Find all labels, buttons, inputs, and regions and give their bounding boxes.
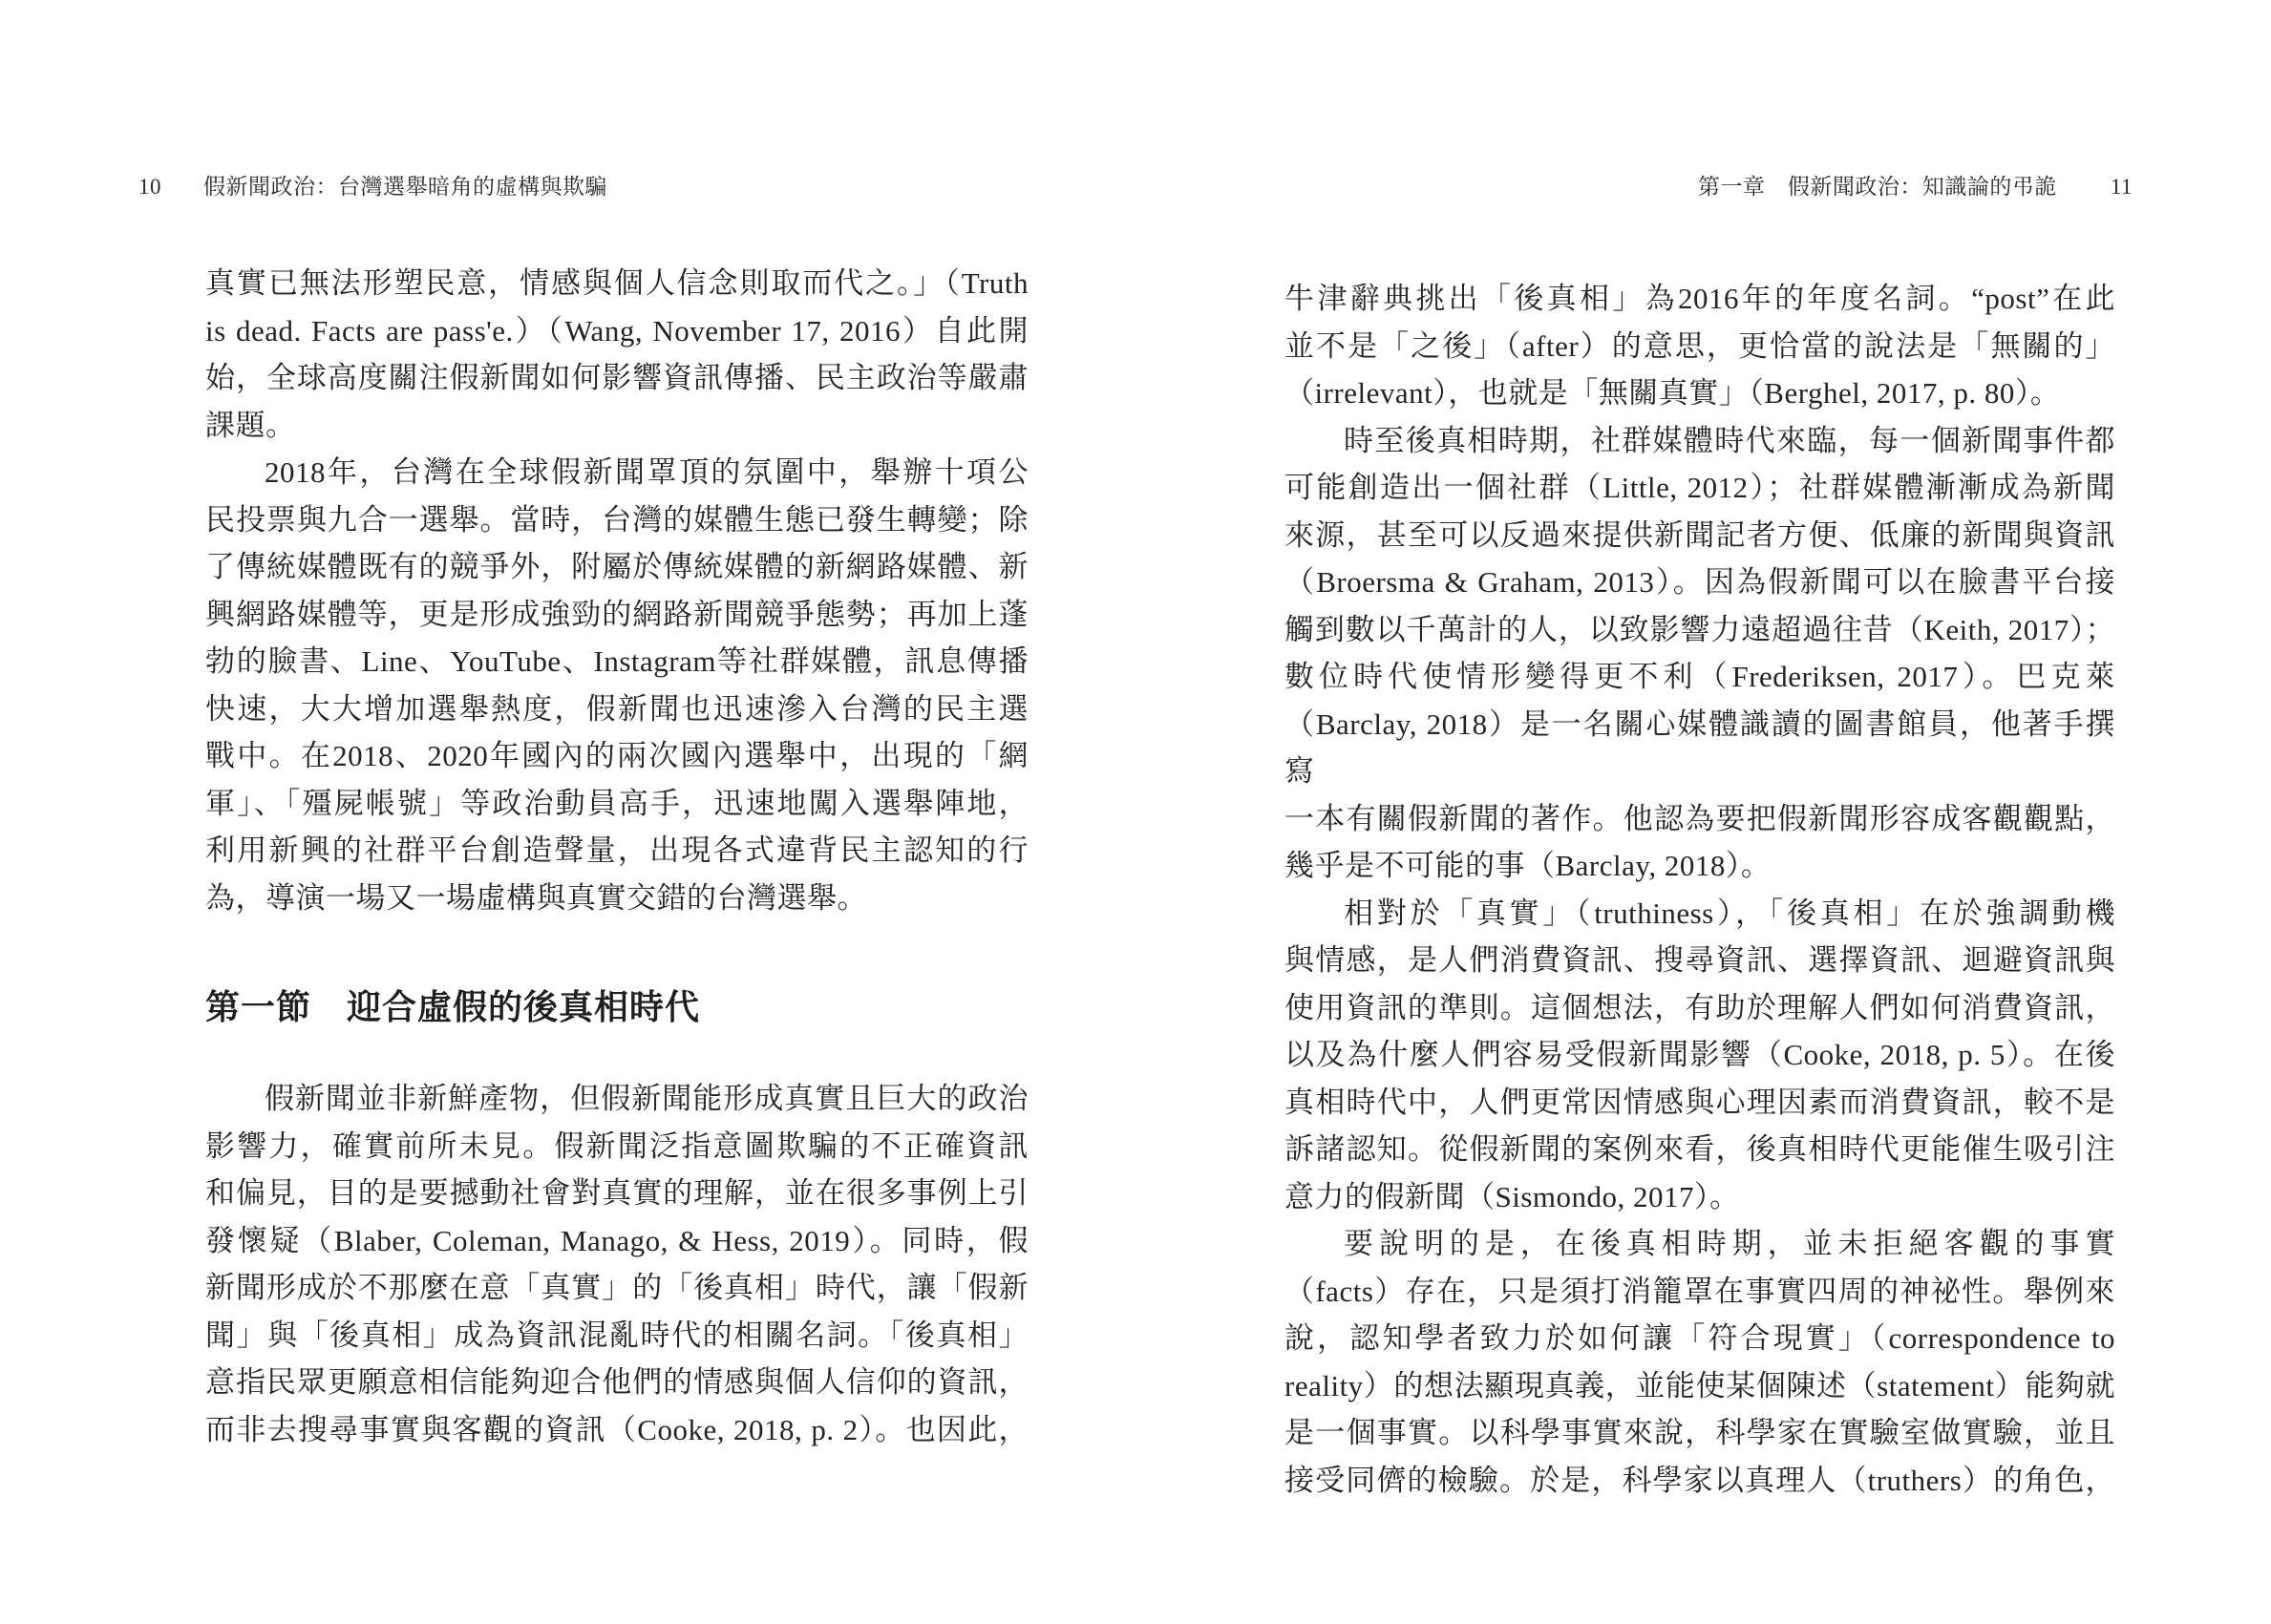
text-line: 說，認知學者致力於如何讓「符合現實」（correspondence to <box>1284 1315 2115 1362</box>
right-page-body: 牛津辭典挑出「後真相」為2016年的年度名詞。“post”在此並不是「之後」（a… <box>1284 275 2115 1504</box>
text-line: 始，全球高度關注假新聞如何影響資訊傳播、民主政治等嚴肅 <box>205 354 1029 402</box>
text-line: 利用新興的社群平台創造聲量，出現各式違背民主認知的行 <box>205 827 1029 875</box>
text-line: 假新聞並非新鮮產物，但假新聞能形成真實且巨大的政治 <box>205 1075 1029 1123</box>
left-page-number: 10 <box>138 173 161 201</box>
text-line: 意力的假新聞（Sismondo, 2017）。 <box>1284 1173 2115 1221</box>
text-line: 快速，大大增加選舉熱度，假新聞也迅速滲入台灣的民主選 <box>205 685 1029 733</box>
text-line: 發懷疑（Blaber, Coleman, Manago, & Hess, 201… <box>205 1217 1029 1265</box>
text-line: 數位時代使情形變得更不利（Frederiksen, 2017）。巴克萊 <box>1284 653 2115 701</box>
text-line: 民投票與九合一選舉。當時，台灣的媒體生態已發生轉變；除 <box>205 496 1029 544</box>
text-line: 興網路媒體等，更是形成強勁的網路新聞競爭態勢；再加上蓬 <box>205 591 1029 639</box>
text-line: 而非去搜尋事實與客觀的資訊（Cooke, 2018, p. 2）。也因此， <box>205 1406 1029 1454</box>
text-line: 相對於「真實」（truthiness），「後真相」在於強調動機 <box>1284 890 2115 938</box>
text-line: 以及為什麼人們容易受假新聞影響（Cooke, 2018, p. 5）。在後 <box>1284 1031 2115 1079</box>
text-line: 牛津辭典挑出「後真相」為2016年的年度名詞。“post”在此 <box>1284 275 2115 323</box>
book-spread: { "theme": { "background": "#ffffff", "t… <box>0 0 2271 1624</box>
left-running-head: 假新聞政治：台灣選舉暗角的虛構與欺騙 <box>203 173 607 201</box>
text-line: 2018年，台灣在全球假新聞罩頂的氛圍中，舉辦十項公 <box>205 449 1029 496</box>
text-line: 了傳統媒體既有的競爭外，附屬於傳統媒體的新網路媒體、新 <box>205 543 1029 591</box>
text-line: 意指民眾更願意相信能夠迎合他們的情感與個人信仰的資訊， <box>205 1359 1029 1406</box>
text-line: 來源，甚至可以反過來提供新聞記者方便、低廉的新聞與資訊 <box>1284 512 2115 559</box>
text-line: 可能創造出一個社群（Little, 2012）；社群媒體漸漸成為新聞 <box>1284 464 2115 512</box>
text-line: 接受同儕的檢驗。於是，科學家以真理人（truthers）的角色， <box>1284 1457 2115 1505</box>
text-line: reality）的想法顯現真義，並能使某個陳述（statement）能夠就 <box>1284 1362 2115 1410</box>
text-line: is dead. Facts are pass'e.）（Wang, Novemb… <box>205 307 1029 355</box>
text-line: 新聞形成於不那麼在意「真實」的「後真相」時代，讓「假新 <box>205 1264 1029 1312</box>
text-line: 為，導演一場又一場虛構與真實交錯的台灣選舉。 <box>205 875 1029 922</box>
text-line: 軍」、「殭屍帳號」等政治動員高手，迅速地闖入選舉陣地， <box>205 780 1029 828</box>
text-line: 聞」與「後真相」成為資訊混亂時代的相關名詞。「後真相」 <box>205 1312 1029 1360</box>
text-line: 是一個事實。以科學事實來說，科學家在實驗室做實驗，並且 <box>1284 1409 2115 1457</box>
text-line: （irrelevant），也就是「無關真實」（Berghel, 2017, p.… <box>1284 369 2115 417</box>
left-page-body: 真實已無法形塑民意，情感與個人信念則取而代之。」（Truthis dead. F… <box>205 260 1029 1453</box>
text-line: 勃的臉書、Line、YouTube、Instagram等社群媒體，訊息傳播 <box>205 638 1029 685</box>
text-line: 一本有關假新聞的著作。他認為要把假新聞形容成客觀觀點， <box>1284 795 2115 843</box>
text-line: 和偏見，目的是要撼動社會對真實的理解，並在很多事例上引 <box>205 1170 1029 1217</box>
left-page-header: 10 假新聞政治：台灣選舉暗角的虛構與欺騙 <box>138 173 607 201</box>
text-line: 戰中。在2018、2020年國內的兩次國內選舉中，出現的「網 <box>205 732 1029 780</box>
text-line: 並不是「之後」（after）的意思，更恰當的說法是「無關的」 <box>1284 323 2115 370</box>
text-line: 影響力，確實前所未見。假新聞泛指意圖欺騙的不正確資訊 <box>205 1123 1029 1171</box>
right-page-header: 第一章 假新聞政治：知識論的弔詭 11 <box>1698 173 2133 201</box>
text-line: 課題。 <box>205 402 1029 450</box>
text-line: （Broersma & Graham, 2013）。因為假新聞可以在臉書平台接 <box>1284 559 2115 606</box>
text-line: 真相時代中，人們更常因情感與心理因素而消費資訊，較不是 <box>1284 1079 2115 1127</box>
right-running-head: 第一章 假新聞政治：知識論的弔詭 <box>1698 173 2057 201</box>
text-line: 訴諸認知。從假新聞的案例來看，後真相時代更能催生吸引注 <box>1284 1126 2115 1173</box>
text-line: 幾乎是不可能的事（Barclay, 2018）。 <box>1284 842 2115 890</box>
text-line: 使用資訊的準則。這個想法，有助於理解人們如何消費資訊， <box>1284 984 2115 1032</box>
text-line: 時至後真相時期，社群媒體時代來臨，每一個新聞事件都 <box>1284 417 2115 465</box>
text-line: （Barclay, 2018）是一名關心媒體識讀的圖書館員，他著手撰寫 <box>1284 701 2115 795</box>
text-line: 與情感，是人們消費資訊、搜尋資訊、選擇資訊、迴避資訊與 <box>1284 937 2115 984</box>
text-line: 真實已無法形塑民意，情感與個人信念則取而代之。」（Truth <box>205 260 1029 307</box>
text-line: 觸到數以千萬計的人，以致影響力遠超過往昔（Keith, 2017）； <box>1284 606 2115 654</box>
text-line: （facts）存在，只是須打消籠罩在事實四周的神祕性。舉例來 <box>1284 1268 2115 1316</box>
right-page-number: 11 <box>2111 173 2133 201</box>
text-line: 要說明的是，在後真相時期，並未拒絕客觀的事實 <box>1284 1220 2115 1268</box>
section-heading: 第一節 迎合虛假的後真相時代 <box>205 981 1029 1033</box>
